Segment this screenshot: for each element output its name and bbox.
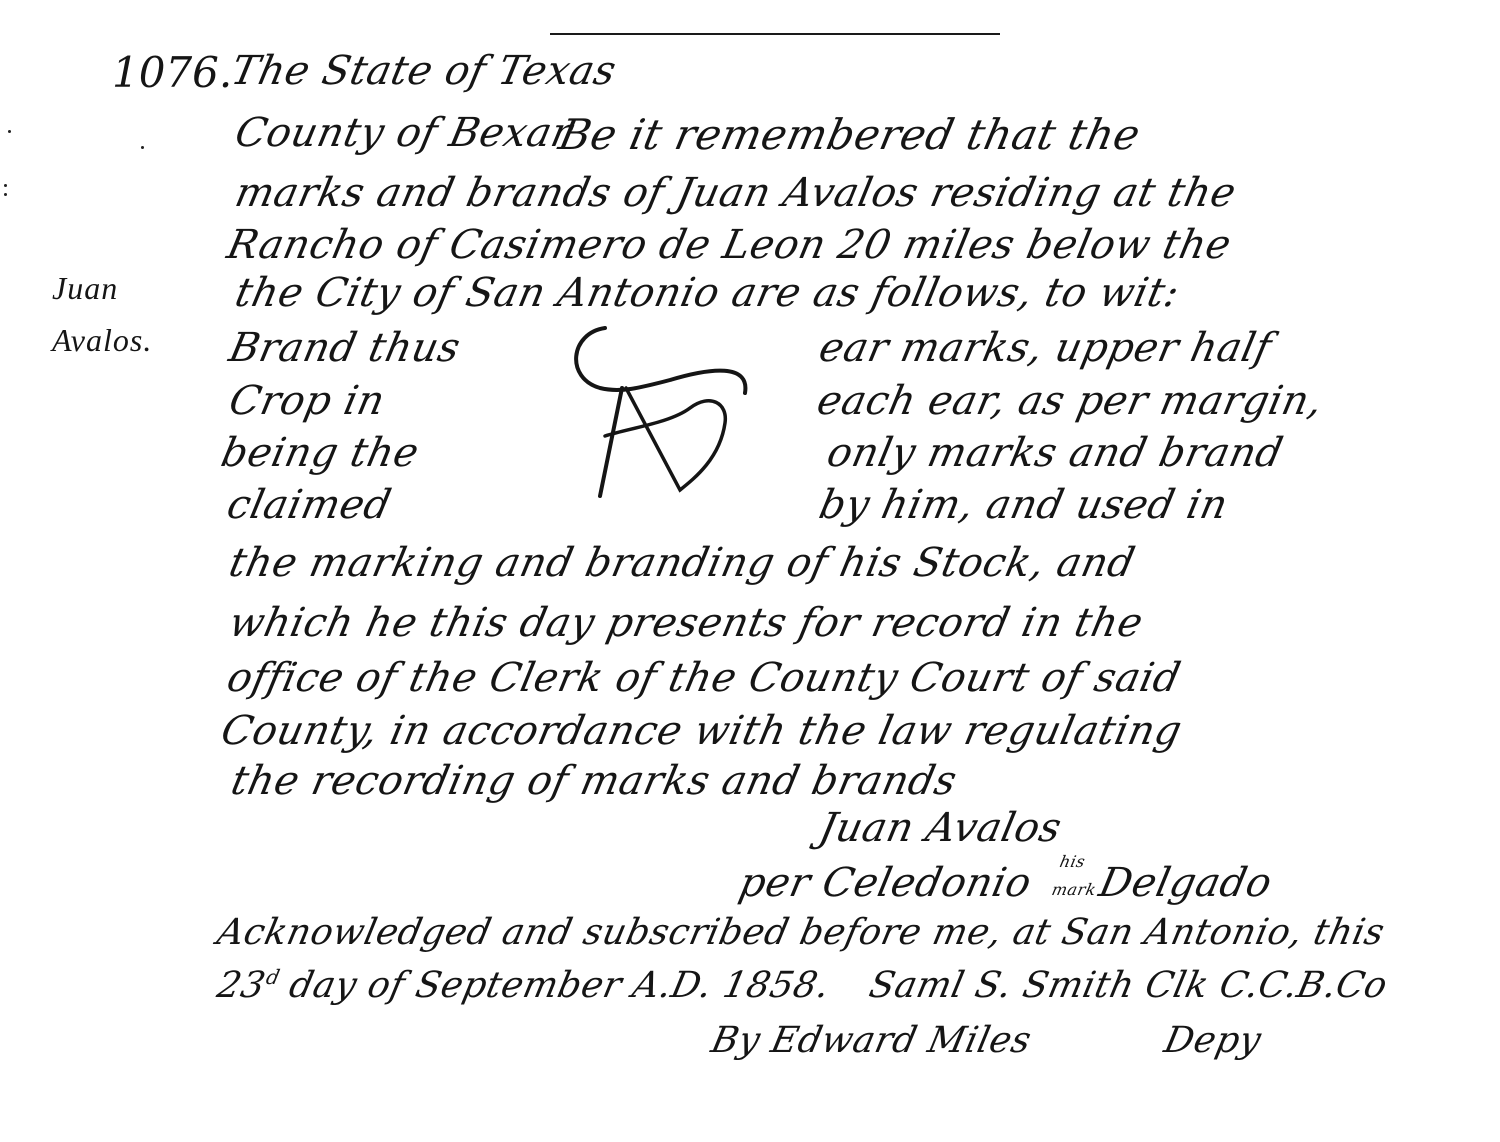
heading-state: The State of Texas (227, 48, 620, 94)
body-line: Rancho of Casimero de Leon 20 miles belo… (223, 222, 1235, 268)
clerk-signature: Saml S. Smith Clk C.C.B.Co (866, 965, 1391, 1006)
witness-surname: Delgado (1095, 860, 1276, 906)
cattle-brand-icon (560, 318, 770, 508)
brand-left-line: Crop in (225, 378, 389, 424)
mark-label-top: his (1058, 852, 1087, 871)
brand-right-line: each ear, as per margin, (813, 378, 1327, 424)
margin-name-last: Avalos. (52, 322, 152, 359)
acknowledgment-date: 23d day of September A.D. 1858. (214, 965, 834, 1006)
deputy-signature: By Edward Miles (708, 1020, 1035, 1061)
body-line: the recording of marks and brands (227, 758, 961, 804)
brand-right-line: by him, and used in (815, 482, 1232, 528)
brand-left-line: being the (217, 430, 423, 476)
body-line: office of the Clerk of the County Court … (223, 655, 1185, 701)
mark-label-bottom: mark (1050, 880, 1098, 899)
witness-prefix: per Celedonio (735, 860, 1035, 906)
brand-left-line: Brand thus (225, 325, 464, 371)
brand-left-line: claimed (223, 482, 395, 528)
ack-day: 23 (214, 965, 270, 1006)
ack-date-rest: day of September A.D. 1858. (286, 965, 834, 1006)
deputy-title: Depy (1161, 1020, 1265, 1061)
heading-county: County of Bexar (231, 110, 576, 156)
body-line: County, in accordance with the law regul… (217, 708, 1186, 754)
brand-right-line: only marks and brand (823, 430, 1287, 476)
header-rule (550, 33, 1000, 35)
body-line: marks and brands of Juan Avalos residing… (231, 170, 1240, 216)
body-line: the marking and branding of his Stock, a… (225, 540, 1139, 586)
body-line: Be it remembered that the (555, 110, 1145, 159)
body-line: the City of San Antonio are as follows, … (231, 270, 1183, 316)
margin-name-first: Juan (52, 270, 118, 307)
margin-speck (141, 146, 144, 149)
margin-speck (8, 130, 11, 133)
entry-number: 1076. (112, 48, 232, 97)
brand-right-line: ear marks, upper half (815, 325, 1275, 371)
margin-speck (4, 184, 7, 187)
acknowledgment-line: Acknowledged and subscribed before me, a… (214, 912, 1389, 953)
margin-speck (4, 193, 7, 196)
body-line: which he this day presents for record in… (225, 600, 1147, 646)
signature-name: Juan Avalos (815, 805, 1066, 851)
